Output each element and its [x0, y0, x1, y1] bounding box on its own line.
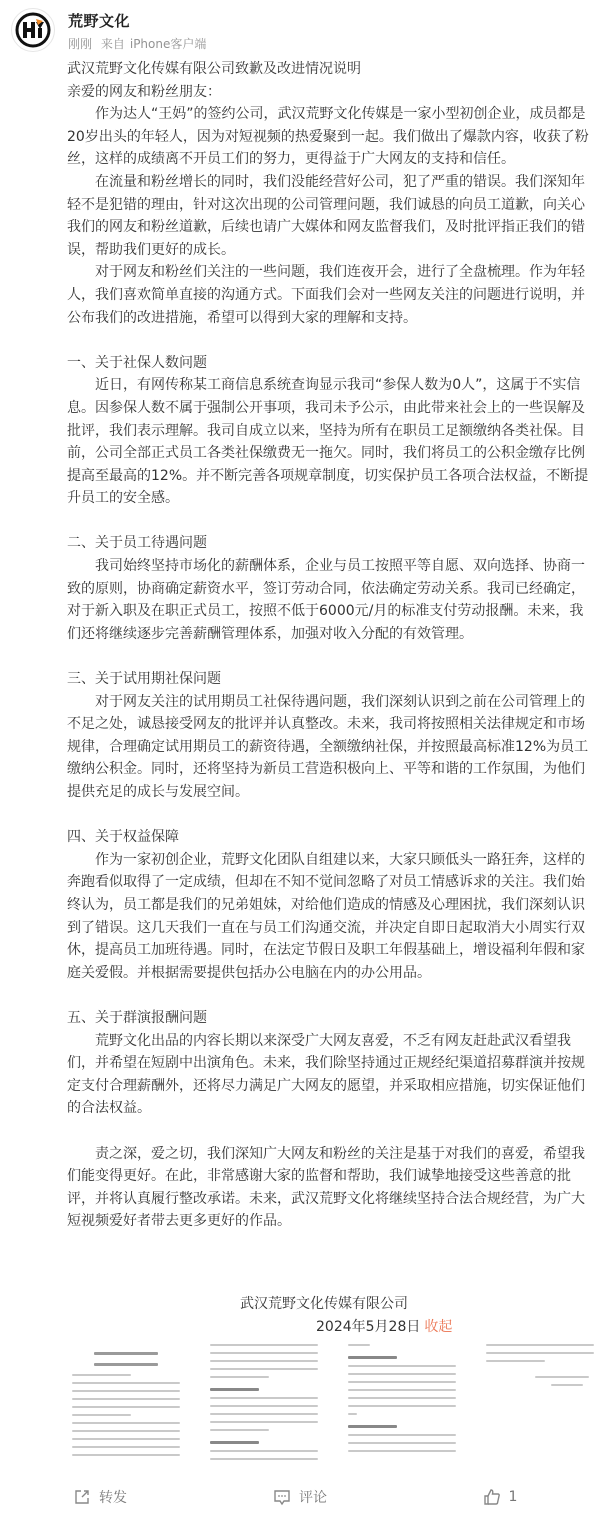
signature-date: 2024年5月28日	[316, 1319, 420, 1335]
section-text: 近日，有网传称某工商信息系统查询显示我司“参保人数为0人”，这属于不实信息。因参…	[67, 374, 592, 510]
section-text: 作为一家初创企业，荒野文化团队自组建以来，大家只顾低头一路狂奔，这样的奔跑看似取…	[67, 849, 592, 985]
signature-company: 武汉荒野文化传媒有限公司	[240, 1293, 408, 1313]
letter-greeting: 亲爱的网友和粉丝朋友：	[67, 81, 592, 104]
like-button[interactable]: 1	[400, 1480, 600, 1513]
section-text: 对于网友关注的试用期员工社保待遇问题，我们深刻认识到之前在公司管理上的不足之处，…	[67, 691, 592, 804]
image-thumbnail[interactable]	[338, 1336, 466, 1472]
post-header: 荒野文化 刚刚 来自iPhone客户端	[0, 0, 600, 58]
intro-paragraph: 在流量和粉丝增长的同时，我们没能经营好公司，犯了严重的错误。我们深知年轻不是犯错…	[67, 171, 592, 261]
image-thumbnail[interactable]	[62, 1336, 190, 1472]
section-heading: 二、关于员工待遇问题	[67, 532, 592, 555]
collapse-link[interactable]: 收起	[424, 1319, 452, 1335]
section-heading: 五、关于群演报酬问题	[67, 1007, 592, 1030]
comment-icon	[273, 1488, 291, 1506]
section-text: 荒野文化出品的内容长期以来深受广大网友喜爱，不乏有网友赶赴武汉看望我们，并希望在…	[67, 1030, 592, 1120]
section-text: 我司始终坚持市场化的薪酬体系，企业与员工按照平等自愿、双向选择、协商一致的原则，…	[67, 555, 592, 645]
comment-button[interactable]: 评论	[200, 1480, 400, 1513]
post-body: 武汉荒野文化传媒有限公司致歉及改进情况说明 亲爱的网友和粉丝朋友： 作为达人“王…	[67, 58, 592, 1233]
closing-paragraph: 责之深，爱之切，我们深知广大网友和粉丝的关注是基于对我们的喜爱，希望我们能变得更…	[67, 1143, 592, 1233]
repost-label: 转发	[99, 1487, 127, 1507]
image-thumbnail[interactable]	[476, 1336, 600, 1472]
source-prefix: 来自	[101, 37, 125, 51]
intro-paragraph: 作为达人“王妈”的签约公司，武汉荒野文化传媒是一家小型初创企业，成员都是20岁出…	[67, 103, 592, 171]
image-gallery	[62, 1336, 600, 1472]
comment-label: 评论	[299, 1487, 327, 1507]
repost-button[interactable]: 转发	[0, 1480, 200, 1513]
intro-paragraph: 对于网友和粉丝们关注的一些问题，我们连夜开会，进行了全盘梳理。作为年轻人，我们喜…	[67, 261, 592, 329]
letter-title: 武汉荒野文化传媒有限公司致歉及改进情况说明	[67, 58, 592, 81]
post-source: iPhone客户端	[130, 37, 207, 51]
author-name[interactable]: 荒野文化	[68, 10, 130, 31]
avatar[interactable]	[11, 8, 55, 52]
section-heading: 三、关于试用期社保问题	[67, 668, 592, 691]
signature-date-line: 2024年5月28日收起	[316, 1316, 452, 1336]
brand-logo-icon	[14, 11, 52, 49]
like-count: 1	[509, 1489, 518, 1505]
post-meta: 刚刚 来自iPhone客户端	[68, 35, 211, 52]
share-icon	[73, 1488, 91, 1506]
post-time: 刚刚	[68, 37, 92, 51]
section-heading: 四、关于权益保障	[67, 826, 592, 849]
thumbs-up-icon	[483, 1488, 501, 1506]
section-heading: 一、关于社保人数问题	[67, 352, 592, 375]
image-thumbnail[interactable]	[200, 1336, 328, 1472]
action-bar: 转发 评论 1	[0, 1480, 600, 1513]
